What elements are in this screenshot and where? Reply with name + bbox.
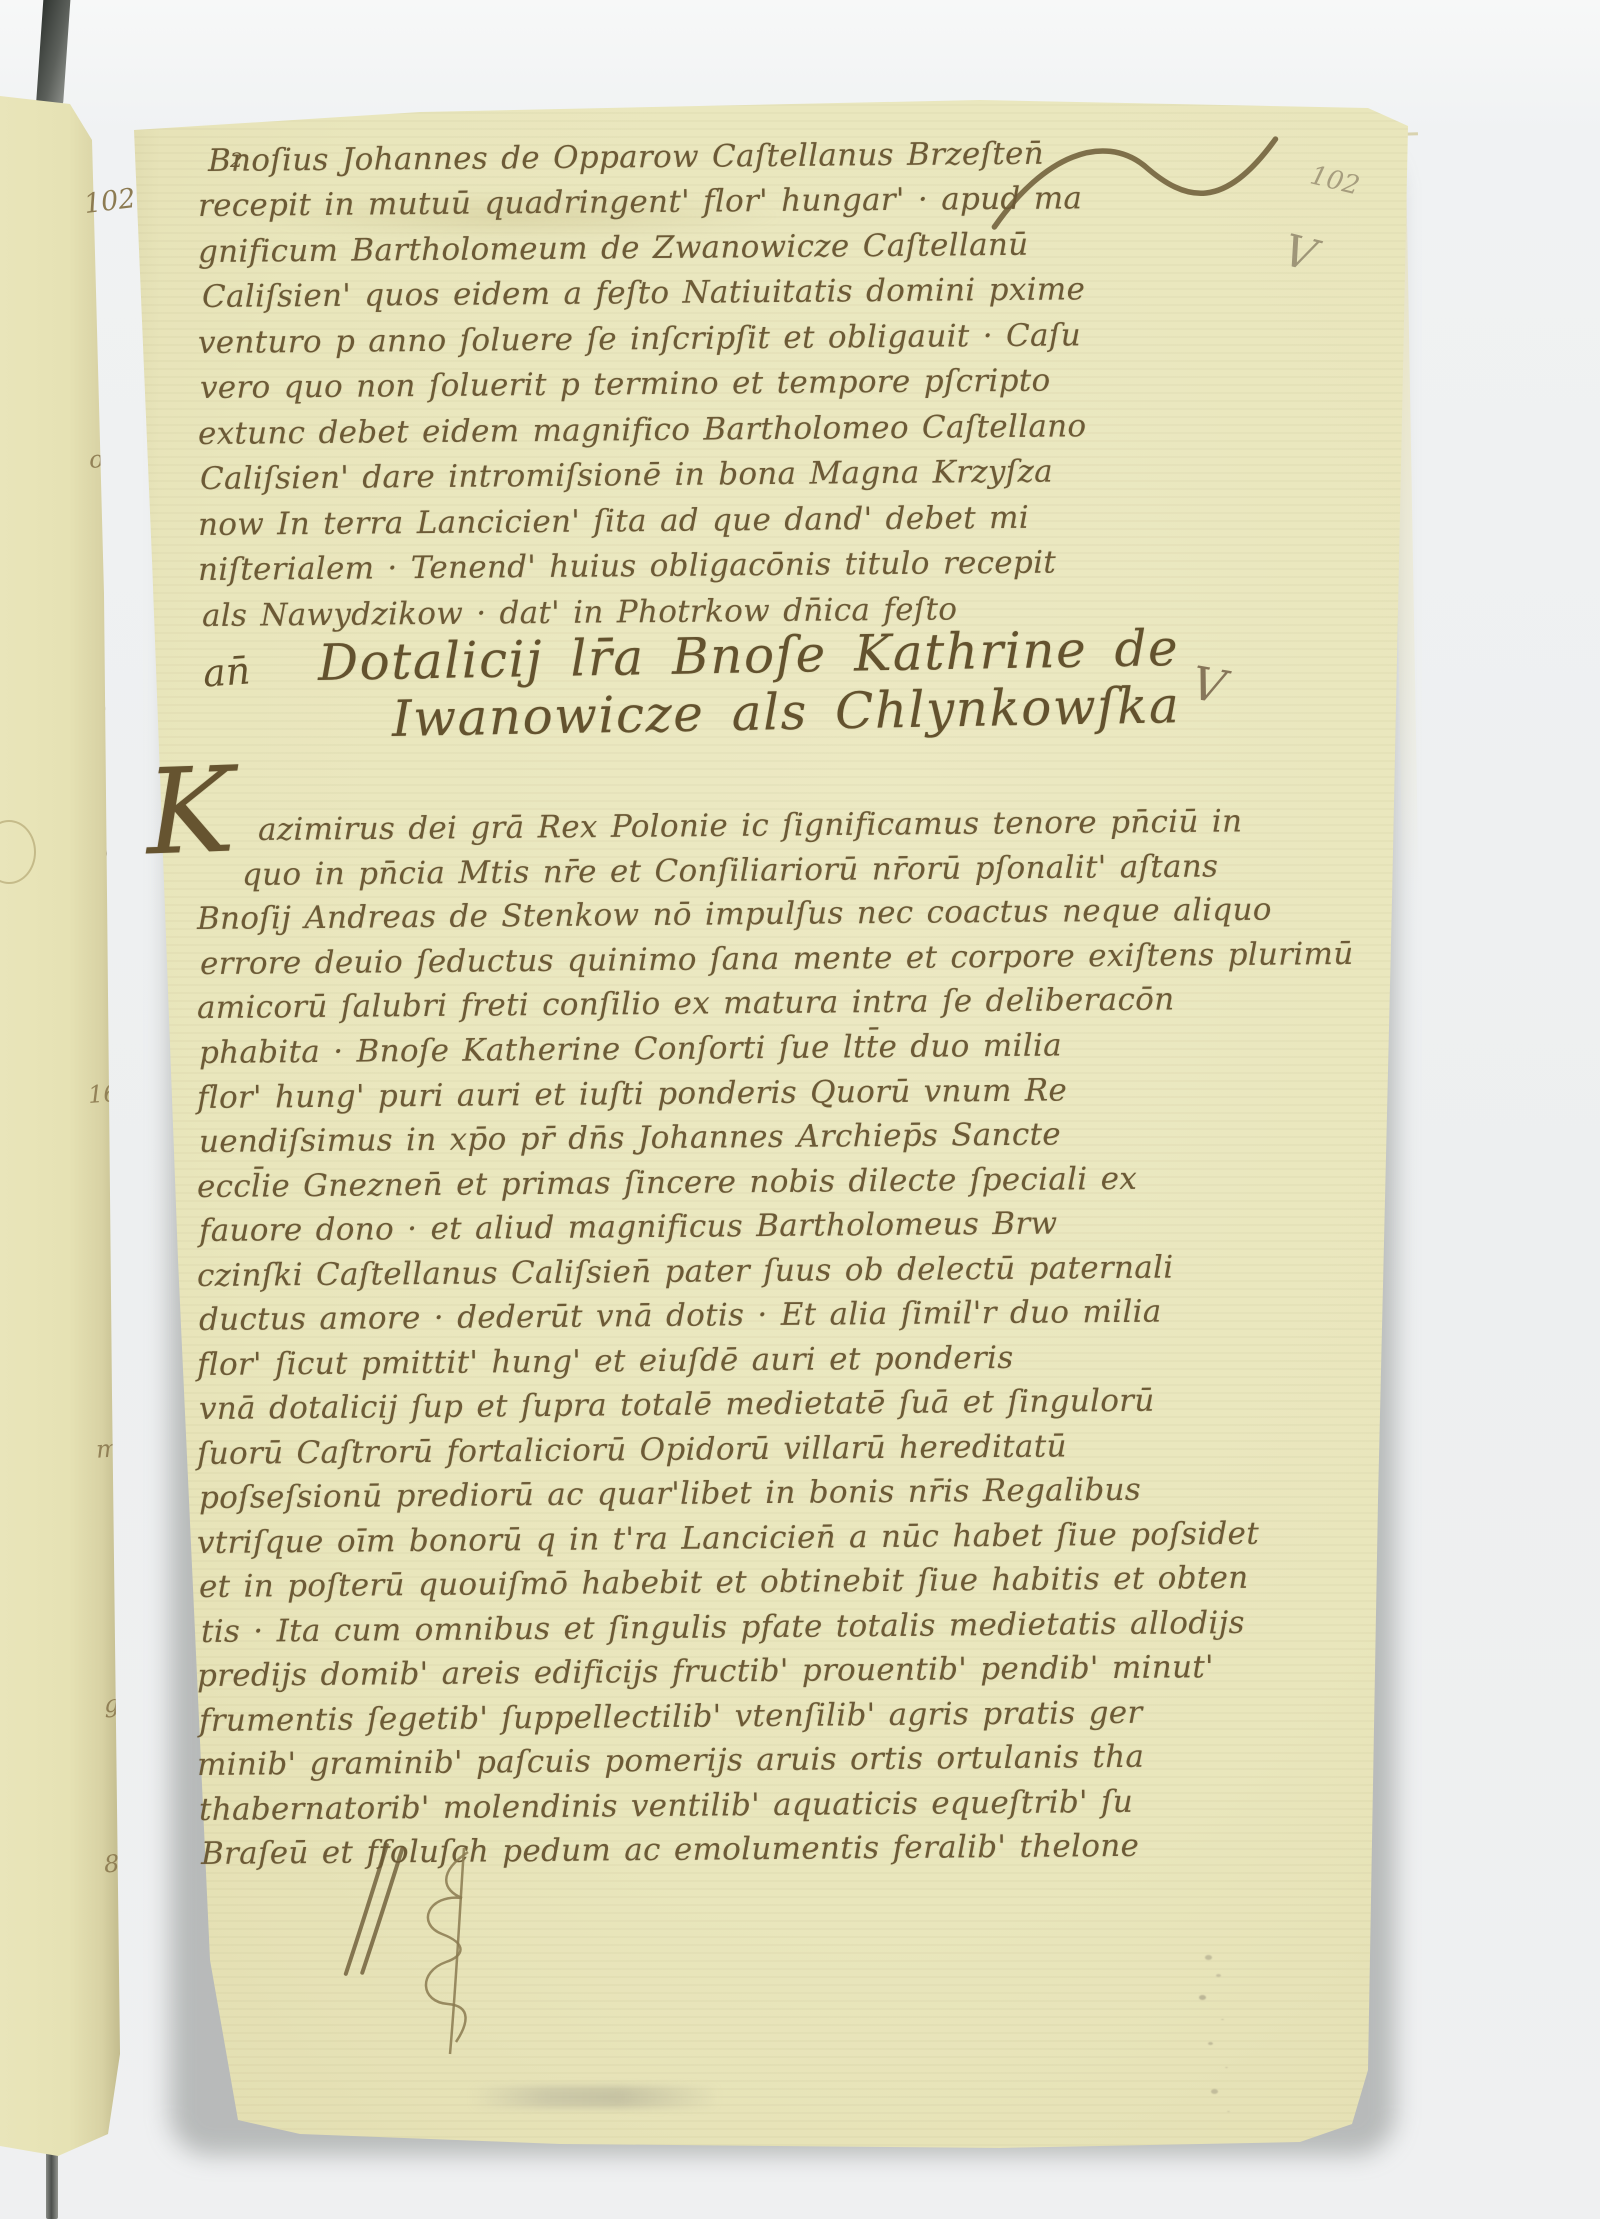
entry-line: flor' ſicut pmittit' hung' et eiuſdē aur… xyxy=(197,1340,1014,1383)
manuscript-photo: v 8 o8 8 a 16 m g 8 102 102 V V 2 Bnoſiu… xyxy=(0,0,1600,2219)
entry-line: Caliſsien' dare intromiſsionē in bona Ma… xyxy=(200,454,1053,497)
margin-fragment: m xyxy=(95,1434,120,1464)
entry-line: phabita · Bnoſe Katherine Conſorti ſue l… xyxy=(199,1027,1062,1071)
entry-line: now In terra Lancicien' ſita ad que dand… xyxy=(198,500,1029,543)
margin-fragment: v xyxy=(104,140,119,169)
bottom-smudge-stain xyxy=(470,2086,720,2108)
entry-line: Bnoſius Johannes de Opparow Caſtellanus … xyxy=(208,136,1044,179)
margin-fragment: a xyxy=(104,835,120,864)
entry-line: uendiſsimus in xp̄o pr̄ dn̄s Johannes Ar… xyxy=(199,1116,1061,1160)
margin-fragment: 8 xyxy=(103,1850,120,1879)
drop-cap-initial: K xyxy=(144,750,236,871)
margin-fragment: 16 xyxy=(88,1079,120,1109)
cradle-rod-top xyxy=(36,0,71,105)
margin-fragment: g xyxy=(103,1689,120,1718)
entry-line: Caliſsien' quos eidem a feſto Natiuitati… xyxy=(202,271,1086,315)
entry-line: fauore dono · et aliud magnificus Bartho… xyxy=(199,1206,1058,1249)
facing-page-sliver: v 8 o8 8 a 16 m g 8 xyxy=(0,94,124,2164)
folio-number-ink: 102 xyxy=(82,183,137,220)
entry-line: ſuorū Caſtrorū fortaliciorū Opidorū vill… xyxy=(197,1428,1067,1472)
entry-line: venturo p anno ſoluere ſe inſcripſit et … xyxy=(198,317,1081,361)
heading-prefix: an̄ xyxy=(202,648,252,695)
scribal-monogram-doodle xyxy=(398,1846,518,2058)
entry-line: recepit in mutuū quadringent' flor' hung… xyxy=(198,180,1083,224)
margin-fragment: 8 xyxy=(103,690,120,719)
margin-fragment: o8 xyxy=(88,444,120,474)
entry-line: niſterialem · Tenend' huius obligacōnis … xyxy=(198,545,1056,588)
margin-circle-mark xyxy=(0,820,36,884)
entry-line: flor' hung' puri auri et iuſti ponderis … xyxy=(197,1072,1067,1116)
speckle-stain xyxy=(1205,1955,1212,1960)
entry-line: gnificum Bartholomeum de Zwanowicze Caſt… xyxy=(198,227,1029,270)
entry-line: vero quo non ſoluerit p termino et tempo… xyxy=(200,363,1051,406)
